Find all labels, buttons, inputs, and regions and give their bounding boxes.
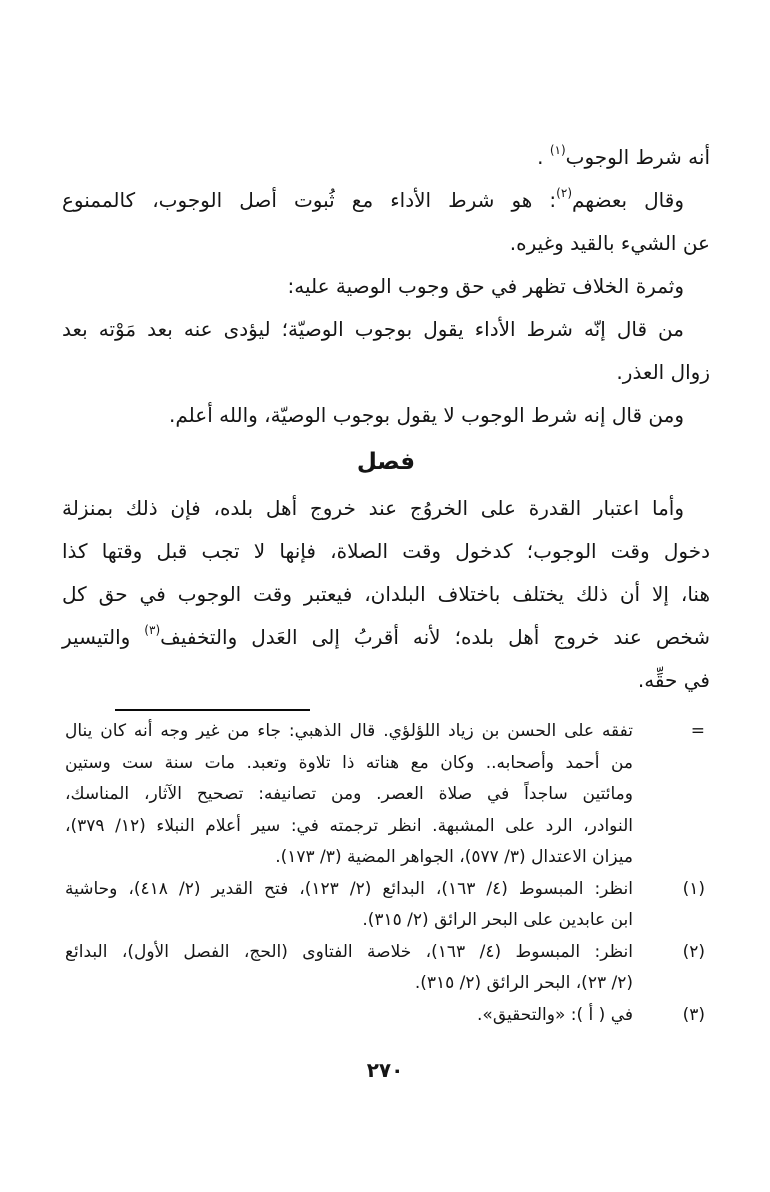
text-segment: ومن قال إنه شرط الوجوب لا يقول بوجوب الو… xyxy=(169,403,684,427)
footnote-marker xyxy=(633,842,705,874)
footnote-ref: (٢) xyxy=(556,186,572,200)
text-segment: وثمرة الخلاف تظهر في حق وجوب الوصية عليه… xyxy=(288,274,684,298)
footnote-line: (٢/ ٢٣)، البحر الرائق (٢/ ٣١٥). xyxy=(65,968,705,1000)
footnote-text: في ( أ ): «والتحقيق». xyxy=(65,1000,633,1032)
text-segment: : هو شرط الأداء مع ثُبوت أصل الوجوب، كال… xyxy=(62,188,556,212)
footnote-marker xyxy=(633,779,705,811)
text-segment: والتيسير xyxy=(62,625,144,649)
text-segment: هنا، إلا أن ذلك يختلف باختلاف البلدان، ف… xyxy=(62,582,710,606)
footnote-separator xyxy=(115,709,310,711)
text-line: شخص عند خروج أهل بلده؛ لأنه أقربُ إلى ال… xyxy=(62,616,710,659)
footnote-marker xyxy=(633,748,705,780)
footnotes: =تفقه على الحسن بن زياد اللؤلؤي. قال الذ… xyxy=(65,716,705,1031)
footnote-text: النوادر، الرد على المشبهة. انظر ترجمته ف… xyxy=(65,811,633,843)
footnote-marker: (٢) xyxy=(633,937,705,969)
footnote-marker: = xyxy=(633,716,705,748)
footnote-line: (٣)في ( أ ): «والتحقيق». xyxy=(65,1000,705,1032)
text-line: عن الشيء بالقيد وغيره. xyxy=(62,222,710,265)
footnote-text: (٢/ ٢٣)، البحر الرائق (٢/ ٣١٥). xyxy=(65,968,633,1000)
text-line: وثمرة الخلاف تظهر في حق وجوب الوصية عليه… xyxy=(62,265,710,308)
section-heading: فصل xyxy=(62,437,710,487)
text-segment: شخص عند خروج أهل بلده؛ لأنه أقربُ إلى ال… xyxy=(160,625,710,649)
footnote-text: ابن عابدين على البحر الرائق (٢/ ٣١٥). xyxy=(65,905,633,937)
footnote-line: ميزان الاعتدال (٣/ ٥٧٧)، الجواهر المضية … xyxy=(65,842,705,874)
footnote-text: ومائتين ساجداً في صلاة العصر. ومن تصانيف… xyxy=(65,779,633,811)
footnote-text: من أحمد وأصحابه.. وكان مع هناته ذا تلاوة… xyxy=(65,748,633,780)
book-page: أنه شرط الوجوب(١) .وقال بعضهم(٢): هو شرط… xyxy=(0,0,770,1192)
text-segment: في حقِّه. xyxy=(638,668,710,692)
footnote-line: =تفقه على الحسن بن زياد اللؤلؤي. قال الذ… xyxy=(65,716,705,748)
text-line: زوال العذر. xyxy=(62,351,710,394)
text-line: وقال بعضهم(٢): هو شرط الأداء مع ثُبوت أص… xyxy=(62,179,710,222)
footnote-text: انظر: المبسوط (٤/ ١٦٣)، البدائع (٢/ ١٢٣)… xyxy=(65,874,633,906)
footnote-text: تفقه على الحسن بن زياد اللؤلؤي. قال الذه… xyxy=(65,716,633,748)
footnote-marker: (٣) xyxy=(633,1000,705,1032)
text-line: أنه شرط الوجوب(١) . xyxy=(62,136,710,179)
text-segment: عن الشيء بالقيد وغيره. xyxy=(510,231,710,255)
text-segment: أنه شرط الوجوب xyxy=(566,145,710,169)
footnote-marker xyxy=(633,905,705,937)
text-segment: زوال العذر. xyxy=(616,360,710,384)
footnote-line: من أحمد وأصحابه.. وكان مع هناته ذا تلاوة… xyxy=(65,748,705,780)
text-line: ومن قال إنه شرط الوجوب لا يقول بوجوب الو… xyxy=(62,394,710,437)
footnote-ref: (٣) xyxy=(144,623,160,637)
text-line: في حقِّه. xyxy=(62,659,710,702)
page-number: ٢٧٠ xyxy=(0,1050,770,1090)
footnote-line: ابن عابدين على البحر الرائق (٢/ ٣١٥). xyxy=(65,905,705,937)
footnote-line: (٢)انظر: المبسوط (٤/ ١٦٣)، خلاصة الفتاوى… xyxy=(65,937,705,969)
text-line: دخول وقت الوجوب؛ كدخول وقت الصلاة، فإنها… xyxy=(62,530,710,573)
footnote-line: ومائتين ساجداً في صلاة العصر. ومن تصانيف… xyxy=(65,779,705,811)
footnote-marker xyxy=(633,968,705,1000)
text-segment: وأما اعتبار القدرة على الخروُج عند خروج … xyxy=(62,496,684,520)
footnote-marker xyxy=(633,811,705,843)
footnote-text: ميزان الاعتدال (٣/ ٥٧٧)، الجواهر المضية … xyxy=(65,842,633,874)
text-segment: . xyxy=(537,145,550,169)
text-segment: فصل xyxy=(357,449,415,475)
footnote-line: النوادر، الرد على المشبهة. انظر ترجمته ف… xyxy=(65,811,705,843)
main-text: أنه شرط الوجوب(١) .وقال بعضهم(٢): هو شرط… xyxy=(62,136,710,702)
text-line: وأما اعتبار القدرة على الخروُج عند خروج … xyxy=(62,487,710,530)
text-segment: وقال بعضهم xyxy=(572,188,684,212)
text-line: هنا، إلا أن ذلك يختلف باختلاف البلدان، ف… xyxy=(62,573,710,616)
text-line: من قال إنّه شرط الأداء يقول بوجوب الوصيّ… xyxy=(62,308,710,351)
footnote-marker: (١) xyxy=(633,874,705,906)
text-segment: من قال إنّه شرط الأداء يقول بوجوب الوصيّ… xyxy=(62,317,684,341)
footnote-line: (١)انظر: المبسوط (٤/ ١٦٣)، البدائع (٢/ ١… xyxy=(65,874,705,906)
footnote-ref: (١) xyxy=(550,143,566,157)
footnote-text: انظر: المبسوط (٤/ ١٦٣)، خلاصة الفتاوى (ا… xyxy=(65,937,633,969)
text-segment: دخول وقت الوجوب؛ كدخول وقت الصلاة، فإنها… xyxy=(62,539,710,563)
